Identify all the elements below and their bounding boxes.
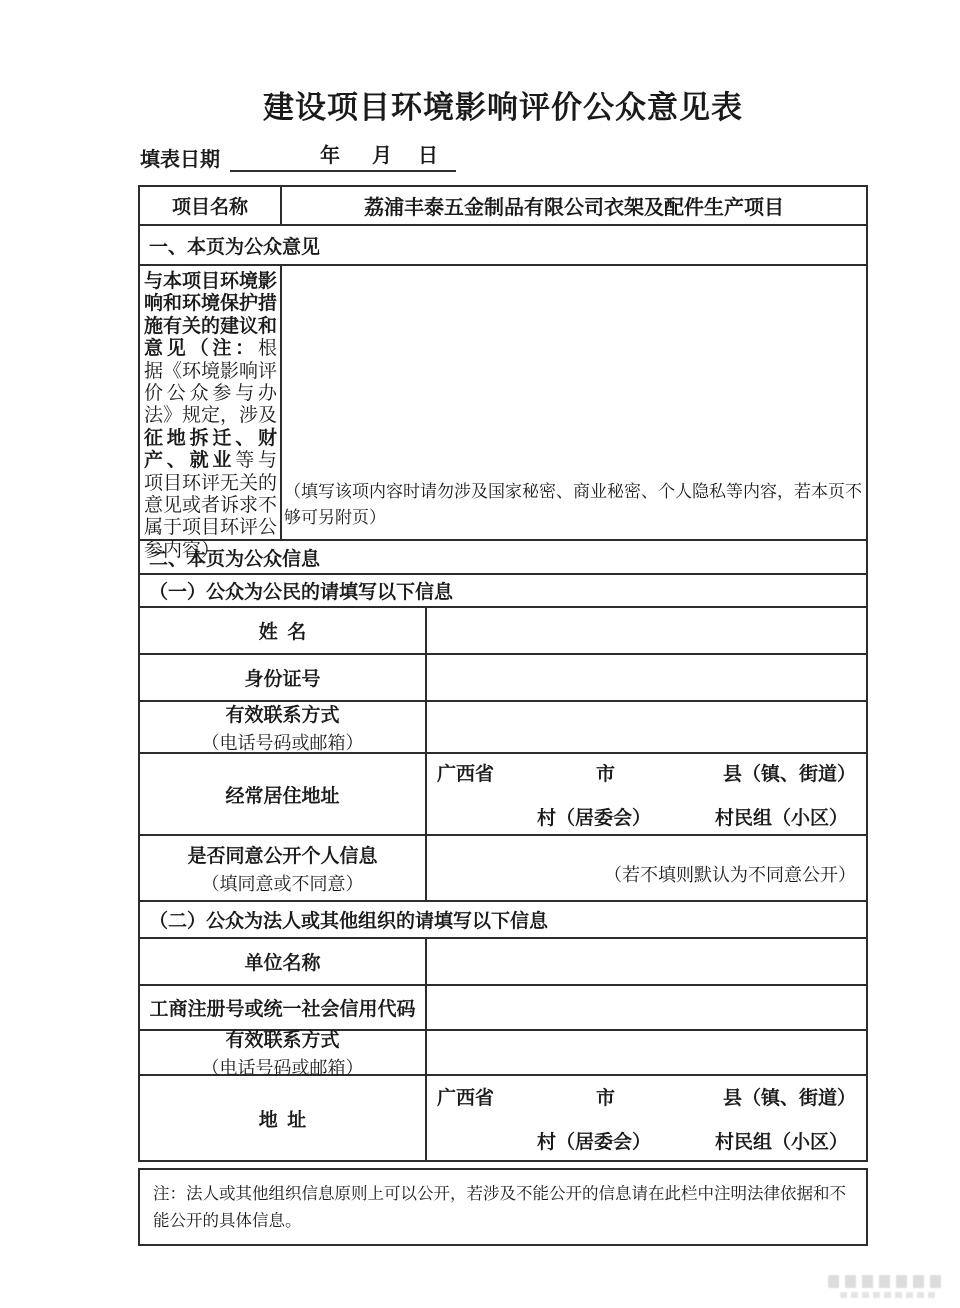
name-label: 姓 名 xyxy=(140,608,427,653)
org-city-label: 市 xyxy=(596,1083,615,1110)
consent-label-main: 是否同意公开个人信息 xyxy=(187,841,377,868)
registration-input-cell xyxy=(427,986,866,1029)
org-name-label: 单位名称 xyxy=(140,939,427,984)
opinion-label: 与本项目环境影响和环境保护措施有关的建议和意见（注：根据《环境影响评价公众参与办… xyxy=(140,266,282,539)
village-label: 村（居委会） xyxy=(537,803,651,830)
form-content: 建设项目环境影响评价公众意见表 填表日期 年 月 日 项目名称 荔浦丰泰五金制品… xyxy=(138,0,868,1246)
citizen-section-title: （一）公众为公民的请填写以下信息 xyxy=(140,575,866,606)
registration-row: 工商注册号或统一社会信用代码 xyxy=(140,984,866,1029)
consent-label-sub: （填同意或不同意） xyxy=(202,870,364,896)
citizen-contact-input-cell xyxy=(427,702,866,752)
date-day-label: 日 xyxy=(418,139,438,168)
date-label: 填表日期 xyxy=(138,143,220,172)
residence-address-line2: 村（居委会） 村民组（小区） xyxy=(427,803,866,830)
citizen-contact-row: 有效联系方式 （电话号码或邮箱） xyxy=(140,700,866,752)
footnote-box: 注：法人或其他组织信息原则上可以公开，若涉及不能公开的信息请在此栏中注明法律依据… xyxy=(138,1168,868,1246)
id-number-row: 身份证号 xyxy=(140,653,866,700)
watermark-line2 xyxy=(840,1292,936,1298)
section1-header-row: 一、本页为公众意见 xyxy=(140,224,866,264)
date-year-label: 年 xyxy=(320,139,340,168)
watermark-line1 xyxy=(828,1275,946,1288)
watermark-illegible xyxy=(816,1275,946,1298)
project-name-label: 项目名称 xyxy=(140,187,282,224)
org-address-cell: 广西省 市 县（镇、街道） 村（居委会） 村民组（小区） xyxy=(427,1076,866,1160)
residence-address-line1: 广西省 市 县（镇、街道） xyxy=(427,759,866,786)
citizen-contact-label: 有效联系方式 （电话号码或邮箱） xyxy=(140,702,427,752)
page-title: 建设项目环境影响评价公众意见表 xyxy=(138,0,868,127)
citizen-contact-label-main: 有效联系方式 xyxy=(225,700,339,727)
id-number-input-cell xyxy=(427,655,866,700)
org-village-label: 村（居委会） xyxy=(537,1127,651,1154)
org-address-line1: 广西省 市 县（镇、街道） xyxy=(427,1083,866,1110)
date-row: 填表日期 年 月 日 xyxy=(138,142,868,172)
date-month-label: 月 xyxy=(372,139,392,168)
residence-address-cell: 广西省 市 县（镇、街道） 村（居委会） 村民组（小区） xyxy=(427,754,866,834)
id-number-label: 身份证号 xyxy=(140,655,427,700)
main-table: 项目名称 荔浦丰泰五金制品有限公司衣架及配件生产项目 一、本页为公众意见 与本项… xyxy=(138,185,868,1162)
date-underline: 年 月 日 xyxy=(230,139,456,172)
org-name-input-cell xyxy=(427,939,866,984)
registration-label: 工商注册号或统一社会信用代码 xyxy=(140,986,427,1029)
name-input-cell xyxy=(427,608,866,653)
citizen-section-row: （一）公众为公民的请填写以下信息 xyxy=(140,573,866,606)
org-contact-label: 有效联系方式 （电话号码或邮箱） xyxy=(140,1031,427,1074)
opinion-row: 与本项目环境影响和环境保护措施有关的建议和意见（注：根据《环境影响评价公众参与办… xyxy=(140,264,866,539)
org-section-title: （二）公众为法人或其他组织的请填写以下信息 xyxy=(140,902,866,937)
org-address-line2: 村（居委会） 村民组（小区） xyxy=(427,1127,866,1154)
section2-title: 二、本页为公众信息 xyxy=(140,541,866,573)
org-contact-label-main: 有效联系方式 xyxy=(225,1025,339,1052)
project-name-row: 项目名称 荔浦丰泰五金制品有限公司衣架及配件生产项目 xyxy=(140,187,866,224)
city-label: 市 xyxy=(596,759,615,786)
section1-title: 一、本页为公众意见 xyxy=(140,226,866,264)
org-contact-row: 有效联系方式 （电话号码或邮箱） xyxy=(140,1029,866,1074)
document-page: 建设项目环境影响评价公众意见表 填表日期 年 月 日 项目名称 荔浦丰泰五金制品… xyxy=(0,0,960,1308)
org-address-label: 地 址 xyxy=(140,1076,427,1160)
org-province-label: 广西省 xyxy=(437,1083,494,1110)
name-row: 姓 名 xyxy=(140,606,866,653)
opinion-note: （填写该项内容时请勿涉及国家秘密、商业秘密、个人隐私等内容，若本页不够可另附页） xyxy=(282,266,866,539)
group-label: 村民组（小区） xyxy=(715,803,848,830)
org-section-row: （二）公众为法人或其他组织的请填写以下信息 xyxy=(140,900,866,937)
org-name-row: 单位名称 xyxy=(140,937,866,984)
province-label: 广西省 xyxy=(437,759,494,786)
consent-default-note: （若不填则默认为不同意公开） xyxy=(427,836,866,900)
org-county-label: 县（镇、街道） xyxy=(723,1083,856,1110)
section2-header-row: 二、本页为公众信息 xyxy=(140,539,866,573)
project-name-value: 荔浦丰泰五金制品有限公司衣架及配件生产项目 xyxy=(282,187,866,224)
footnote-text: 注：法人或其他组织信息原则上可以公开，若涉及不能公开的信息请在此栏中注明法律依据… xyxy=(153,1180,853,1234)
citizen-contact-label-sub: （电话号码或邮箱） xyxy=(202,729,364,755)
consent-label: 是否同意公开个人信息 （填同意或不同意） xyxy=(140,836,427,900)
residence-address-row: 经常居住地址 广西省 市 县（镇、街道） 村（居委会） 村民组（小区） xyxy=(140,752,866,834)
residence-address-label: 经常居住地址 xyxy=(140,754,427,834)
consent-row: 是否同意公开个人信息 （填同意或不同意） （若不填则默认为不同意公开） xyxy=(140,834,866,900)
org-group-label: 村民组（小区） xyxy=(715,1127,848,1154)
org-address-row: 地 址 广西省 市 县（镇、街道） 村（居委会） 村民组（小区） xyxy=(140,1074,866,1160)
org-contact-input-cell xyxy=(427,1031,866,1074)
county-label: 县（镇、街道） xyxy=(723,759,856,786)
